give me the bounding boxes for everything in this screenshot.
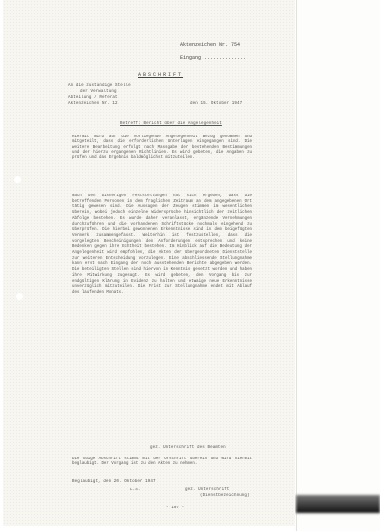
paragraph: Nach den bisherigen Feststellungen hat s… bbox=[72, 194, 252, 434]
address-line: An die zuständige Stelle bbox=[68, 84, 131, 89]
scan-shadow bbox=[296, 495, 380, 513]
signature: gez. Unterschrift bbox=[185, 488, 229, 493]
seal-mark: L.S. bbox=[130, 488, 140, 493]
punch-hole bbox=[16, 293, 23, 300]
subject-line: Betreff: Bericht über die Angelegenheit bbox=[120, 122, 222, 127]
facing-page bbox=[294, 0, 380, 531]
address-line: der Verwaltung bbox=[80, 90, 117, 95]
page-edge bbox=[296, 0, 297, 531]
reference-line: Aktenzeichen Nr. 754 bbox=[180, 42, 240, 48]
reference-sub: Eingang .............. bbox=[180, 55, 246, 61]
punch-hole bbox=[14, 176, 21, 183]
paragraph: Hiermit wird auf die vorliegende Angeleg… bbox=[72, 135, 252, 187]
document-heading: ABSCHRIFT bbox=[138, 72, 183, 78]
date-line: den 15. Oktober 1947 bbox=[190, 102, 242, 107]
closing-date: Beglaubigt, den 20. Oktober 1947 bbox=[72, 480, 156, 485]
closing-paragraph: Die obige Abschrift stimmt mit der Ursch… bbox=[72, 457, 252, 473]
address-line: Aktenzeichen Nr. 12 bbox=[68, 102, 118, 107]
signature-title: (Dienstbezeichnung) bbox=[200, 494, 250, 499]
address-line: Abteilung / Referat bbox=[68, 96, 118, 101]
page-number: - 107 - bbox=[166, 506, 184, 511]
signature-line: gez. Unterschrift des Beamten bbox=[150, 446, 226, 451]
